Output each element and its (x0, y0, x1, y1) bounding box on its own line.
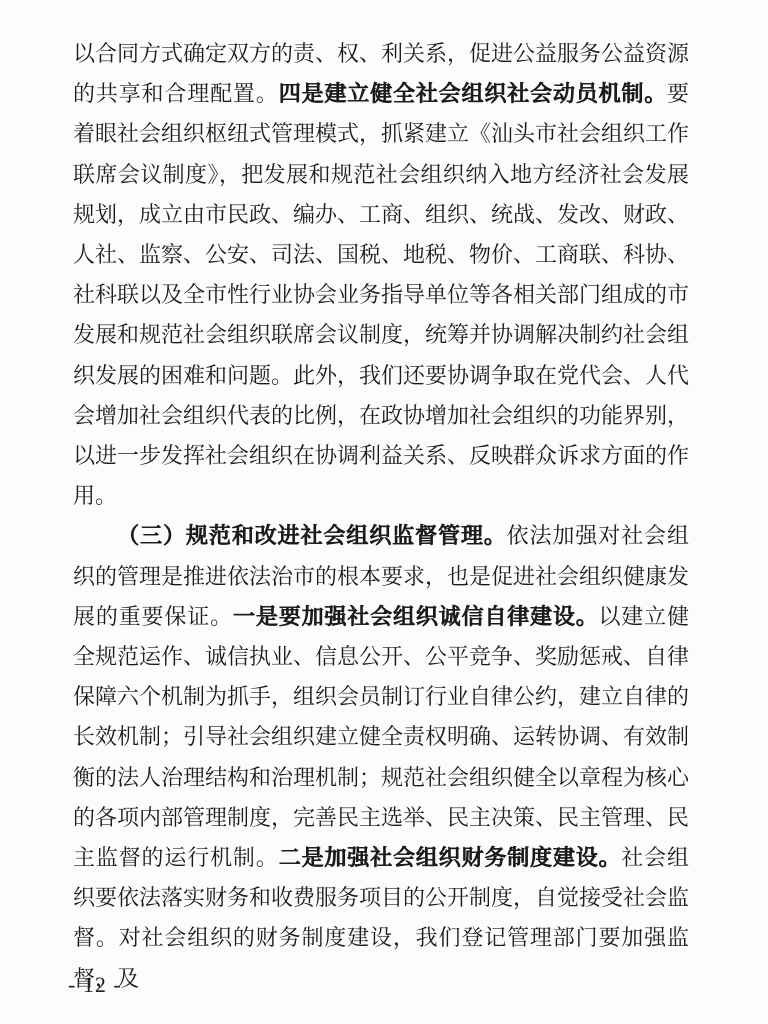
document-body: 以合同方式确定双方的责、权、利关系，促进公益服务公益资源的共享和合理配置。四是建… (73, 34, 689, 999)
paragraph: （三）规范和改进社会组织监督管理。依法加强对社会组织的管理是推进依法治市的根本要… (73, 516, 689, 998)
text-run: 以建立健全规范运作、诚信执业、信息公开、公平竞争、奖励惩戒、自律保障六个机制为抓… (73, 604, 689, 870)
text-run: 要着眼社会组织枢纽式管理模式，抓紧建立《汕头市社会组织工作联席会议制度》，把发展… (73, 81, 689, 508)
emphasis-run: （三）规范和改进社会组织监督管理。 (117, 523, 507, 548)
paragraph: 以合同方式确定双方的责、权、利关系，促进公益服务公益资源的共享和合理配置。四是建… (73, 34, 689, 516)
emphasis-run: 一是要加强社会组织诚信自律建设。 (233, 604, 599, 629)
page-number: - 12 - (68, 972, 122, 998)
emphasis-run: 二是加强社会组织财务制度建设。 (279, 845, 622, 870)
emphasis-run: 四是建立健全社会组织社会动员机制。 (279, 81, 667, 106)
